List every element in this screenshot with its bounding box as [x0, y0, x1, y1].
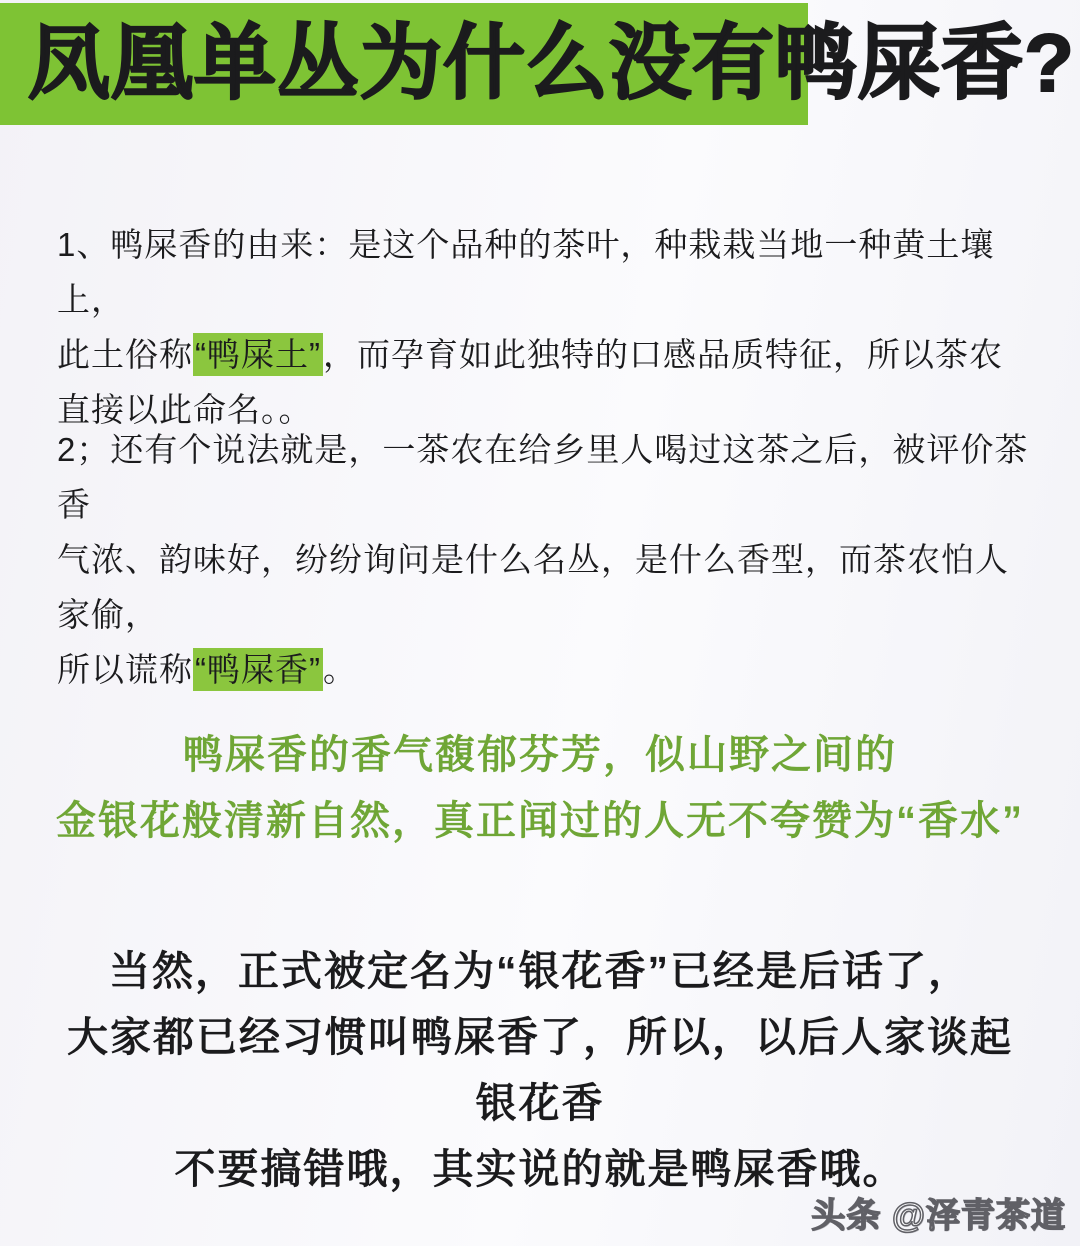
highlighted-term-duck-shit-soil: “鸭屎土”	[193, 333, 323, 376]
text-line: 鸭屎香的香气馥郁芬芳，似山野之间的	[0, 722, 1080, 788]
watermark-toutiao-author: 头条 @泽青茶道	[811, 1188, 1066, 1237]
paragraph-origin-story: 1、鸭屎香的由来：是这个品种的茶叶，种栽栽当地一种黄土壤上， 此土俗称“鸭屎土”…	[57, 217, 1040, 437]
text-line: 2；还有个说法就是，一茶农在给乡里人喝过这茶之后，被评价茶香	[57, 422, 1040, 532]
text-segment: 金银花般清新自然，真正闻过的人无不夸赞为“香水”	[56, 799, 1024, 843]
text-line: 气浓、韵味好，纷纷询问是什么名丛，是什么香型，而茶农怕人家偷，	[57, 532, 1040, 642]
highlighted-term-duck-shit-aroma: “鸭屎香”	[193, 648, 323, 691]
text-line: 当然，正式被定名为“银花香”已经是后话了，	[0, 938, 1080, 1004]
text-segment: 气浓、韵味好，纷纷询问是什么名丛，是什么香型，而茶农怕人家偷，	[57, 541, 1009, 633]
text-segment: 1、鸭屎香的由来：是这个品种的茶叶，种栽栽当地一种黄土壤上，	[57, 226, 994, 318]
text-segment: 银花香	[476, 1080, 605, 1126]
text-segment: 当然，正式被定名为“银花香”已经是后话了，	[109, 948, 971, 994]
text-segment: 大家都已经习惯叫鸭屎香了，所以，以后人家谈起	[67, 1014, 1013, 1060]
text-segment: 不要搞错哦，其实说的就是鸭屎香哦。	[175, 1146, 906, 1192]
text-line: 银花香	[0, 1070, 1080, 1136]
paragraph-second-story: 2；还有个说法就是，一茶农在给乡里人喝过这茶之后，被评价茶香 气浓、韵味好，纷纷…	[57, 422, 1040, 697]
title-banner: 凤凰单丛为什么没有鸭屎香?	[0, 0, 1080, 130]
text-segment: 所以谎称	[57, 651, 193, 688]
text-line: 所以谎称“鸭屎香”。	[57, 642, 1040, 697]
text-line: 此土俗称“鸭屎土”，而孕育如此独特的口感品质特征，所以茶农	[57, 327, 1040, 382]
green-aroma-description: 鸭屎香的香气馥郁芬芳，似山野之间的 金银花般清新自然，真正闻过的人无不夸赞为“香…	[0, 722, 1080, 854]
text-segment: ，而孕育如此独特的口感品质特征，所以茶农	[323, 336, 1003, 373]
tea-poster-page: 凤凰单丛为什么没有鸭屎香? 1、鸭屎香的由来：是这个品种的茶叶，种栽栽当地一种黄…	[0, 0, 1080, 1246]
page-title: 凤凰单丛为什么没有鸭屎香?	[28, 0, 1075, 128]
text-line: 1、鸭屎香的由来：是这个品种的茶叶，种栽栽当地一种黄土壤上，	[57, 217, 1040, 327]
text-segment: 2；还有个说法就是，一茶农在给乡里人喝过这茶之后，被评价茶香	[57, 431, 1028, 523]
text-line: 金银花般清新自然，真正闻过的人无不夸赞为“香水”	[0, 788, 1080, 854]
closing-statement: 当然，正式被定名为“银花香”已经是后话了， 大家都已经习惯叫鸭屎香了，所以，以后…	[0, 938, 1080, 1202]
text-segment: 此土俗称	[57, 336, 193, 373]
text-line: 大家都已经习惯叫鸭屎香了，所以，以后人家谈起	[0, 1004, 1080, 1070]
text-segment: 鸭屎香的香气馥郁芬芳，似山野之间的	[183, 733, 897, 777]
text-segment: 。	[323, 651, 357, 688]
